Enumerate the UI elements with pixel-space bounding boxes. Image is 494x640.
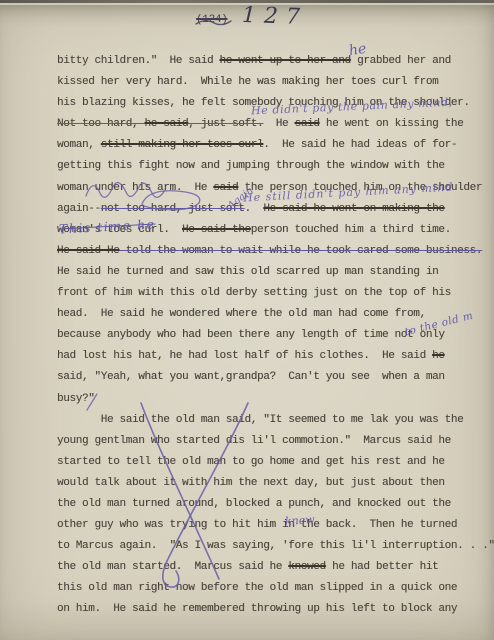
- typescript-line: young gentlman who started dis li'l comm…: [57, 431, 484, 452]
- typescript-line: started to tell the old man to go home a…: [57, 452, 484, 473]
- typed-text: again--: [57, 203, 101, 215]
- typescript-line: woman, still making her toes curl. He sa…: [57, 135, 484, 156]
- typed-text: . He said he had ideas of for-: [263, 139, 457, 151]
- typed-text: started to tell the old man to go home a…: [57, 456, 445, 468]
- typed-text: He said the old man said, "It seemed to …: [57, 414, 463, 426]
- typed-text: said, "Yeah, what you want,grandpa? Can'…: [57, 371, 445, 383]
- typescript-line: other guy who was trying to hit him in t…: [57, 515, 484, 536]
- typed-text: this old man right now before the old ma…: [57, 582, 457, 594]
- typed-text: the old man started. Marcus said he: [57, 561, 288, 573]
- typed-text: bitty children." He said: [57, 55, 220, 67]
- typescript-line: would talk about it with him the next da…: [57, 473, 484, 494]
- typed-text: other guy who was trying to hit him in t…: [57, 519, 457, 531]
- typed-text: his blazing kisses, he felt somebody tou…: [57, 97, 470, 109]
- typed-text-struck: still making her toes curl: [101, 139, 264, 151]
- typescript-line: kissed her very hard. While he was makin…: [57, 72, 484, 93]
- typescript-line: the old man started. Marcus said he know…: [57, 557, 484, 578]
- typed-text-struck: said: [213, 182, 238, 194]
- typed-text-pen-struck: not too hard, just soft: [101, 203, 245, 215]
- typescript-line: busy?": [57, 389, 484, 410]
- typescript-line: said, "Yeah, what you want,grandpa? Can'…: [57, 367, 484, 388]
- typed-text: .: [245, 203, 264, 215]
- typescript-line: his blazing kisses, he felt somebody tou…: [57, 93, 484, 114]
- typed-text: he had better hit: [326, 561, 439, 573]
- typed-text-pen-struck: told the woman to wait while he took car…: [120, 245, 483, 257]
- typed-text: the old man turned around, blocked a pun…: [57, 498, 451, 510]
- typed-text: the person touched him on the shoulder: [238, 182, 482, 194]
- typescript-line: head. He said he wondered where the old …: [57, 304, 484, 325]
- typed-text-struck: said: [295, 118, 320, 130]
- typescript-body: bitty children." He said he went up to h…: [57, 51, 484, 621]
- typescript-line: front of him with this old derby setting…: [57, 283, 484, 304]
- typescript-line: to Marcus again. "As I was saying, 'fore…: [57, 536, 484, 557]
- typescript-line: He said He told the woman to wait while …: [57, 241, 484, 262]
- typed-text: busy?": [57, 393, 95, 405]
- typescript-line: bitty children." He said he went up to h…: [57, 51, 484, 72]
- typed-text-struck: He said He: [57, 245, 120, 257]
- typed-text-struck: He said he went on making the: [263, 203, 444, 215]
- typed-text-struck: He said the: [182, 224, 251, 236]
- typed-text-struck: knowed: [288, 561, 326, 573]
- typescript-line: Not too hard, he said, just soft. He sai…: [57, 114, 484, 135]
- typed-text-pen-struck: , just soft.: [188, 118, 263, 130]
- typed-text-struck: he went up to her and: [220, 55, 351, 67]
- typed-text-pen-struck: Not too hard,: [57, 118, 145, 130]
- typescript-line: He said he turned and saw this old scarr…: [57, 262, 484, 283]
- handwritten-page-number: 127: [242, 3, 309, 30]
- typed-text: head. He said he wondered where the old …: [57, 308, 426, 320]
- typed-text: grabbed her and: [351, 55, 451, 67]
- typescript-line: getting this fight now and jumping throu…: [57, 156, 484, 177]
- typescript-line: woman's toes curl. He said theperson tou…: [57, 220, 484, 241]
- typed-page-number-struck: (124): [196, 14, 228, 26]
- typed-text: he went on kissing the: [320, 118, 464, 130]
- typed-text: woman,: [57, 139, 101, 151]
- typescript-line: on him. He said he remembered throwing u…: [57, 599, 484, 620]
- typed-text: front of him with this old derby setting…: [57, 287, 451, 299]
- manuscript-page: (124) 127 bitty children." He said he we…: [0, 0, 494, 640]
- typescript-line: had lost his hat, he had lost half of hi…: [57, 346, 484, 367]
- typed-text: had lost his hat, he had lost half of hi…: [57, 350, 432, 362]
- typescript-line: this old man right now before the old ma…: [57, 578, 484, 599]
- typescript-line: because anybody who had been there any l…: [57, 325, 484, 346]
- typed-text: on him. He said he remembered throwing u…: [57, 603, 457, 615]
- typed-text: because anybody who had been there any l…: [57, 329, 445, 341]
- typed-text-struck: he: [432, 350, 445, 362]
- typed-text: to Marcus again. "As I was saying, 'fore…: [57, 540, 494, 552]
- typescript-line: again--not too hard, just soft. He said …: [57, 199, 484, 220]
- typed-text-struck: he said: [145, 118, 189, 130]
- typed-text: He said he turned and saw this old scarr…: [57, 266, 438, 278]
- typed-text: would talk about it with him the next da…: [57, 477, 445, 489]
- typed-text: young gentlman who started dis li'l comm…: [57, 435, 451, 447]
- typed-text: woman's toes curl.: [57, 224, 182, 236]
- typed-text: person touched him a third time.: [251, 224, 451, 236]
- typescript-line: the old man turned around, blocked a pun…: [57, 494, 484, 515]
- typed-text: He: [263, 118, 294, 130]
- typed-text: woman under his arm. He: [57, 182, 213, 194]
- typed-text: kissed her very hard. While he was makin…: [57, 76, 438, 88]
- typescript-line: woman under his arm. He said the person …: [57, 178, 484, 199]
- typescript-line: He said the old man said, "It seemed to …: [57, 410, 484, 431]
- typed-text: getting this fight now and jumping throu…: [57, 160, 445, 172]
